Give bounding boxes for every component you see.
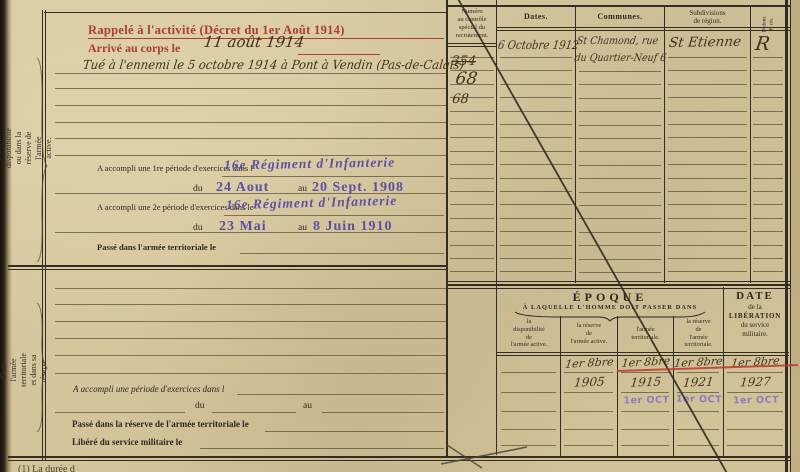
reserve-territoriale-year-handwritten: 1921 <box>674 374 724 390</box>
military-service-liberation-label: Libéré du service militaire le <box>72 437 182 447</box>
clipped-footnote: (1) La durée d <box>18 464 75 472</box>
territorial-reserve-transfer-label: Passé dans la réserve de l'armée territo… <box>72 419 249 429</box>
page-right-edge <box>791 0 800 472</box>
period1-from-label: du <box>193 184 203 194</box>
epoque-col-territoriale-header: l'armée territoriale. <box>618 326 673 342</box>
reserve-territoriale-entry-date-handwritten: 1er 8bre <box>673 354 723 369</box>
residence-numero-column-header: Numéro au contrôle spécial du recrutemen… <box>448 8 496 40</box>
territoriale-year-handwritten: 1915 <box>619 374 674 390</box>
first-exercise-regiment-stamp: 16e Régiment d'Infanterie <box>224 155 396 174</box>
period2-from-label: du <box>193 223 203 233</box>
arrival-at-corps-label: Arrivé au corps le <box>88 41 180 56</box>
epoque-col-reserve-territoriale-header: la réserve de l'armée territoriale. <box>674 318 723 349</box>
territorial-transfer-label: Passé dans l'armée territoriale le <box>97 242 216 252</box>
reserve-territoriale-oct-stamp: 1er OCT <box>675 394 723 406</box>
period1-to-label: au <box>298 184 307 194</box>
residence-communes-column-header: Communes. <box>577 12 663 21</box>
epoque-table-subtitle: À LAQUELLE L'HOMME DOIT PASSER DANS <box>497 304 723 311</box>
liberation-oct-stamp: 1er OCT <box>727 394 785 406</box>
liberation-date-header-line3: LIBÉRATION <box>724 312 786 320</box>
residence-subdivisions-column-header: Subdivisions de région. <box>666 9 749 25</box>
residence-subdivision-handwritten: St Etienne <box>668 34 742 51</box>
numero-value-1: 68 <box>454 69 478 89</box>
arrival-date-handwritten: 11 août 1914 <box>202 33 305 51</box>
epoque-col-reserve-active-header: la réserve de l'armée active. <box>561 322 617 345</box>
residence-commune-handwritten: St Chamond, rue du Quartier-Neuf 6 <box>573 33 669 67</box>
sidebar-active-army-section-label: Dans la disponibilité ou dans la réserve… <box>6 30 42 265</box>
death-note-handwritten: Tué à l'ennemi le 5 octobre 1914 à Pont … <box>82 57 465 72</box>
period1-start-date-stamp: 24 Aout <box>216 180 269 196</box>
numero-value-struck: 354 <box>450 54 476 69</box>
sidebar-territorial-army-section-label: Dans l'armée territoriale et dans sa rés… <box>6 295 42 445</box>
territorial-to-label: au <box>303 401 312 411</box>
residence-date-handwritten: 6 Octobre 1912 <box>497 38 580 52</box>
reserve-year-handwritten: 1905 <box>562 374 618 390</box>
period2-end-date-stamp: 8 Juin 1910 <box>313 219 392 235</box>
period2-start-date-stamp: 23 Mai <box>219 219 267 235</box>
period2-to-label: au <box>298 223 307 233</box>
territorial-exercise-period-label: A accompli une période d'exercices dans … <box>73 384 224 394</box>
liberation-date-header-title: DATE <box>724 290 786 302</box>
epoque-col-disponibilite-header: la disponibilité de l'armée active. <box>498 318 560 349</box>
numero-value-2: 68 <box>451 92 469 107</box>
territoriale-oct-stamp: 1er OCT <box>620 395 673 407</box>
liberation-date-header-line4: du service militaire. <box>724 321 786 338</box>
territorial-from-label: du <box>195 401 205 411</box>
residence-dates-column-header: Dates. <box>498 12 574 21</box>
epoque-table-title: ÉPOQUE <box>497 290 723 305</box>
liberation-date-header-line2: de la <box>724 303 786 311</box>
liberation-year-handwritten: 1927 <box>726 374 786 390</box>
